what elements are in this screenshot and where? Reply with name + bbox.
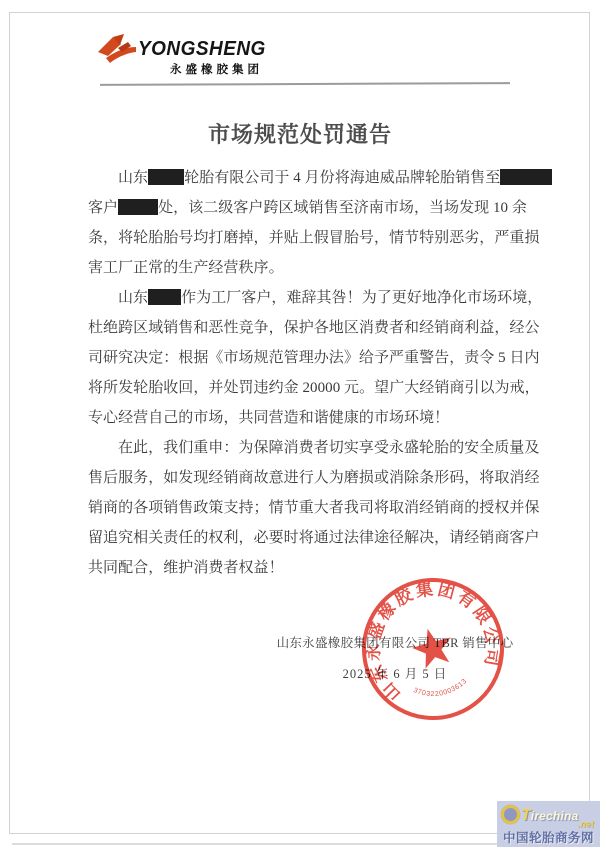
body-line: 在此，我们重申：为保障消费者切实享受永盛轮胎的安全质量及 bbox=[88, 433, 553, 463]
redaction-block bbox=[148, 289, 181, 305]
seal-star-icon bbox=[408, 624, 456, 671]
body-line: 售后服务，如发现经销商故意进行人为磨损或消除条形码，将取消经 bbox=[88, 463, 553, 493]
tirechina-watermark: Tirechina .net 中国轮胎商务网 bbox=[497, 801, 600, 847]
body-line: 山东作为工厂客户，难辞其咎！为了更好地净化市场环境， bbox=[88, 283, 553, 313]
body-line: 司研究决定：根据《市场规范管理办法》给予严重警告，责令 5 日内 bbox=[88, 343, 553, 373]
svg-text:3703220003613: 3703220003613 bbox=[411, 673, 471, 704]
body-text-segment: 客户 bbox=[88, 200, 118, 216]
redaction-block bbox=[500, 169, 552, 185]
seal-serial-number: 3703220003613 bbox=[411, 673, 471, 704]
body-line: 客户处，该二级客户跨区域销售至济南市场，当场发现 10 余 bbox=[88, 193, 553, 223]
body-text-segment: 山东 bbox=[118, 170, 148, 186]
body-line: 杜绝跨区域销售和恶性竞争，保护各地区消费者和经销商利益，经公 bbox=[88, 313, 553, 343]
redaction-block bbox=[118, 199, 158, 215]
brand-swoosh-icon bbox=[96, 34, 136, 68]
scanned-notice-document: YONGSHENG 永盛橡胶集团 市场规范处罚通告 山东轮胎有限公司于 4 月份… bbox=[0, 0, 600, 847]
body-line: 将所发轮胎收回，并处罚违约金 20000 元。望广大经销商引以为戒， bbox=[88, 373, 553, 403]
body-line: 山东轮胎有限公司于 4 月份将海迪威品牌轮胎销售至 bbox=[88, 163, 553, 193]
watermark-logo-t: T bbox=[521, 807, 531, 824]
body-line: 专心经营自己的市场，共同营造和谐健康的市场环境！ bbox=[88, 403, 553, 433]
tire-logo-icon bbox=[501, 805, 520, 824]
body-line: 销商的各项销售政策支持；情节重大者我司将取消经销商的授权并保 bbox=[88, 493, 553, 523]
notice-title: 市场规范处罚通告 bbox=[0, 118, 600, 149]
notice-body: 山东轮胎有限公司于 4 月份将海迪威品牌轮胎销售至 客户处，该二级客户跨区域销售… bbox=[88, 163, 553, 583]
body-line: 留追究相关责任的权利，必要时将通过法律途径解决，请经销商客户 bbox=[88, 523, 553, 553]
body-text-segment: 作为工厂客户，难辞其咎！为了更好地净化市场环境， bbox=[181, 290, 542, 306]
brand-wordmark: YONGSHENG bbox=[138, 38, 266, 61]
body-text-segment: 轮胎有限公司于 4 月份将海迪威品牌轮胎销售至 bbox=[184, 170, 500, 186]
body-text-segment: 山东 bbox=[118, 290, 148, 306]
body-line: 害工厂正常的生产经营秩序。 bbox=[88, 253, 553, 283]
watermark-chinese-name: 中国轮胎商务网 bbox=[500, 828, 597, 846]
brand-chinese-name: 永盛橡胶集团 bbox=[170, 61, 263, 77]
body-line: 条，将轮胎胎号均打磨掉，并贴上假冒胎号，情节特别恶劣，严重损 bbox=[88, 223, 553, 253]
watermark-logo-text: irechina bbox=[531, 809, 579, 823]
watermark-logo-row: Tirechina bbox=[501, 805, 578, 825]
redaction-block bbox=[148, 169, 184, 185]
body-text-segment: 处，该二级客户跨区域销售至济南市场，当场发现 10 余 bbox=[158, 200, 527, 216]
